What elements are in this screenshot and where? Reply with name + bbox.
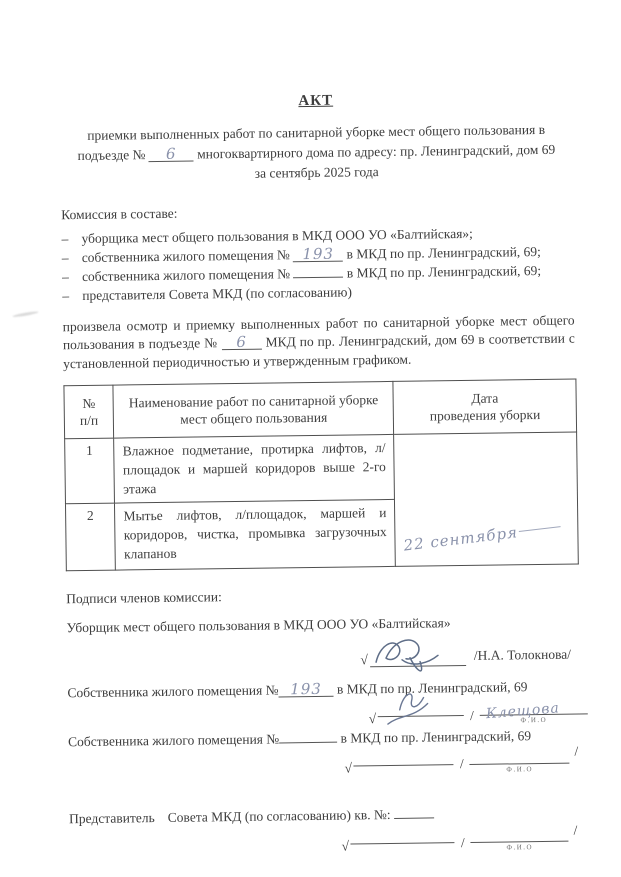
owner1-line: Собственника жилого помещения №193 в МКД… <box>67 677 579 702</box>
porch-number-blank-2: 6 <box>221 336 261 351</box>
porch-number-handwritten: 6 <box>166 144 177 162</box>
intro-line3: за сентябрь 2025 года <box>255 164 379 181</box>
member-text-pre: собственника жилого помещения № <box>82 266 290 284</box>
document-content: АКТ приемки выполненных работ по санитар… <box>0 0 621 858</box>
cleaner-title-line: Уборщик мест общего пользования в МКД ОО… <box>66 612 578 637</box>
owner1-name-handwritten: Клещова <box>485 699 560 718</box>
representative-apartment-blank <box>394 817 434 819</box>
header-date-line1: Дата <box>471 390 498 405</box>
header-num-line2: п/п <box>80 413 98 428</box>
representative-signature-row: √ / Ф.И.О / <box>69 826 577 858</box>
header-num: № п/п <box>64 385 114 439</box>
apartment-number-blank: 193 <box>293 248 343 263</box>
list-dash: – <box>62 268 82 287</box>
member-text: представителя Совета МКД (по согласовани… <box>82 283 352 305</box>
owner2-signature-row: √ / Ф.И.О / <box>68 747 578 779</box>
porch-number-handwritten-2: 6 <box>236 333 247 351</box>
cleaner-signature-name: /Н.А. Толокнова/ <box>474 646 571 666</box>
separator-slash: / <box>470 706 474 725</box>
handwritten-date-text: 22 сентября <box>403 523 519 554</box>
document-title: АКТ <box>60 89 572 114</box>
row-work-description: Мытье лифтов, л/площадок, маршей и корид… <box>115 499 396 570</box>
scanned-page: АКТ приемки выполненных работ по санитар… <box>0 0 621 877</box>
header-date-line2: проведения уборки <box>430 407 541 423</box>
intro-line2-pre: подъезде № <box>78 147 146 163</box>
intro-paragraph: приемки выполненных работ по санитарной … <box>60 119 573 186</box>
header-work-line1: Наименование работ по санитарной уборке <box>129 392 379 410</box>
signatures-heading: Подписи членов комиссии: <box>66 584 578 609</box>
representative-rest: Совета МКД (по согласованию) кв. №: <box>168 806 391 824</box>
list-dash: – <box>61 230 81 249</box>
header-work-line2: мест общего пользования <box>180 410 327 427</box>
cleaner-signature-row: √ /Н.А. Толокнова/ <box>67 646 571 671</box>
header-num-line1: № <box>82 395 95 410</box>
member-text-post: в МКД по пр. Ленинградский, 69; <box>346 244 540 262</box>
owner2-signature-line <box>354 749 454 766</box>
signature-tick: √ <box>369 712 377 726</box>
porch-number-blank: 6 <box>149 147 194 162</box>
owner1-name-line: Клещова <box>480 698 588 715</box>
owner2-name-wrap: Ф.И.О <box>469 747 569 773</box>
owner1-signature-wrap <box>378 700 464 726</box>
representative-line: ПредставительСовета МКД (по согласованию… <box>69 803 581 828</box>
representative-signature-wrap <box>351 827 455 853</box>
apartment-number-blank-empty <box>294 277 344 279</box>
list-dash: – <box>62 287 82 306</box>
pen-stroke <box>519 526 561 532</box>
commission-heading: Комиссия в составе: <box>61 199 573 224</box>
works-table: № п/п Наименование работ по санитарной у… <box>63 379 578 572</box>
commission-members-list: – уборщика мест общего пользования в МКД… <box>61 224 574 306</box>
owner1-signature-line <box>378 700 464 717</box>
cleaner-signature-line <box>370 649 466 666</box>
signature-tick: √ <box>341 840 349 854</box>
apartment-number-handwritten: 193 <box>302 245 334 263</box>
member-text-post: в МКД по пр. Ленинградский, 69; <box>347 263 541 281</box>
separator-slash: / <box>461 834 465 853</box>
trailing-slash: / <box>573 821 577 840</box>
representative-word: Представитель <box>69 810 155 826</box>
owner2-apartment-blank <box>279 742 337 744</box>
handwritten-cleaning-date: 22 сентября <box>401 518 563 563</box>
owner2-signature-wrap <box>354 749 454 775</box>
fio-label: Ф.И.О <box>506 843 533 851</box>
owner1-signature-row: √ / Клещова Ф.И.О <box>68 698 588 730</box>
owner2-name-line <box>469 747 569 764</box>
representative-signature-line <box>351 827 455 844</box>
row-number: 2 <box>65 503 115 571</box>
table-row: 1 Влажное подметание, протирка лифтов, л… <box>65 432 578 504</box>
header-work: Наименование работ по санитарной уборке … <box>113 381 394 438</box>
owner1-apartment-handwritten: 193 <box>290 679 322 697</box>
fio-label: Ф.И.О <box>506 765 533 773</box>
member-text-pre: собственника жилого помещения № <box>82 247 290 265</box>
list-dash: – <box>62 249 82 268</box>
owner1-name-wrap: Клещова Ф.И.О <box>480 698 588 724</box>
intro-line1: приемки выполненных работ по санитарной … <box>87 121 545 142</box>
header-date: Дата проведения уборки <box>393 379 576 434</box>
table-header-row: № п/п Наименование работ по санитарной у… <box>64 379 577 439</box>
intro-line2-post: многоквартирного дома по адресу: пр. Лен… <box>197 141 555 161</box>
date-cell: 22 сентября <box>394 432 578 566</box>
row-work-description: Влажное подметание, протирка лифтов, л/п… <box>114 434 395 503</box>
owner1-line-pre: Собственника жилого помещения № <box>67 682 278 700</box>
body-paragraph: произвела осмотр и приемку выполненных р… <box>63 311 576 373</box>
signature-tick: √ <box>344 761 352 775</box>
trailing-slash: / <box>574 743 578 762</box>
owner2-line-pre: Собственника жилого помещения № <box>68 731 279 749</box>
owner1-signature-squiggle-icon <box>384 683 445 728</box>
owner2-line-post: в МКД по пр. Ленинградский, 69 <box>340 728 531 745</box>
representative-name-line <box>470 826 568 843</box>
owner1-apartment-blank: 193 <box>278 682 333 697</box>
row-number: 1 <box>65 438 115 504</box>
cleaner-signature-squiggle-icon <box>368 627 473 680</box>
separator-slash: / <box>460 755 464 774</box>
representative-name-wrap: Ф.И.О <box>470 826 568 852</box>
